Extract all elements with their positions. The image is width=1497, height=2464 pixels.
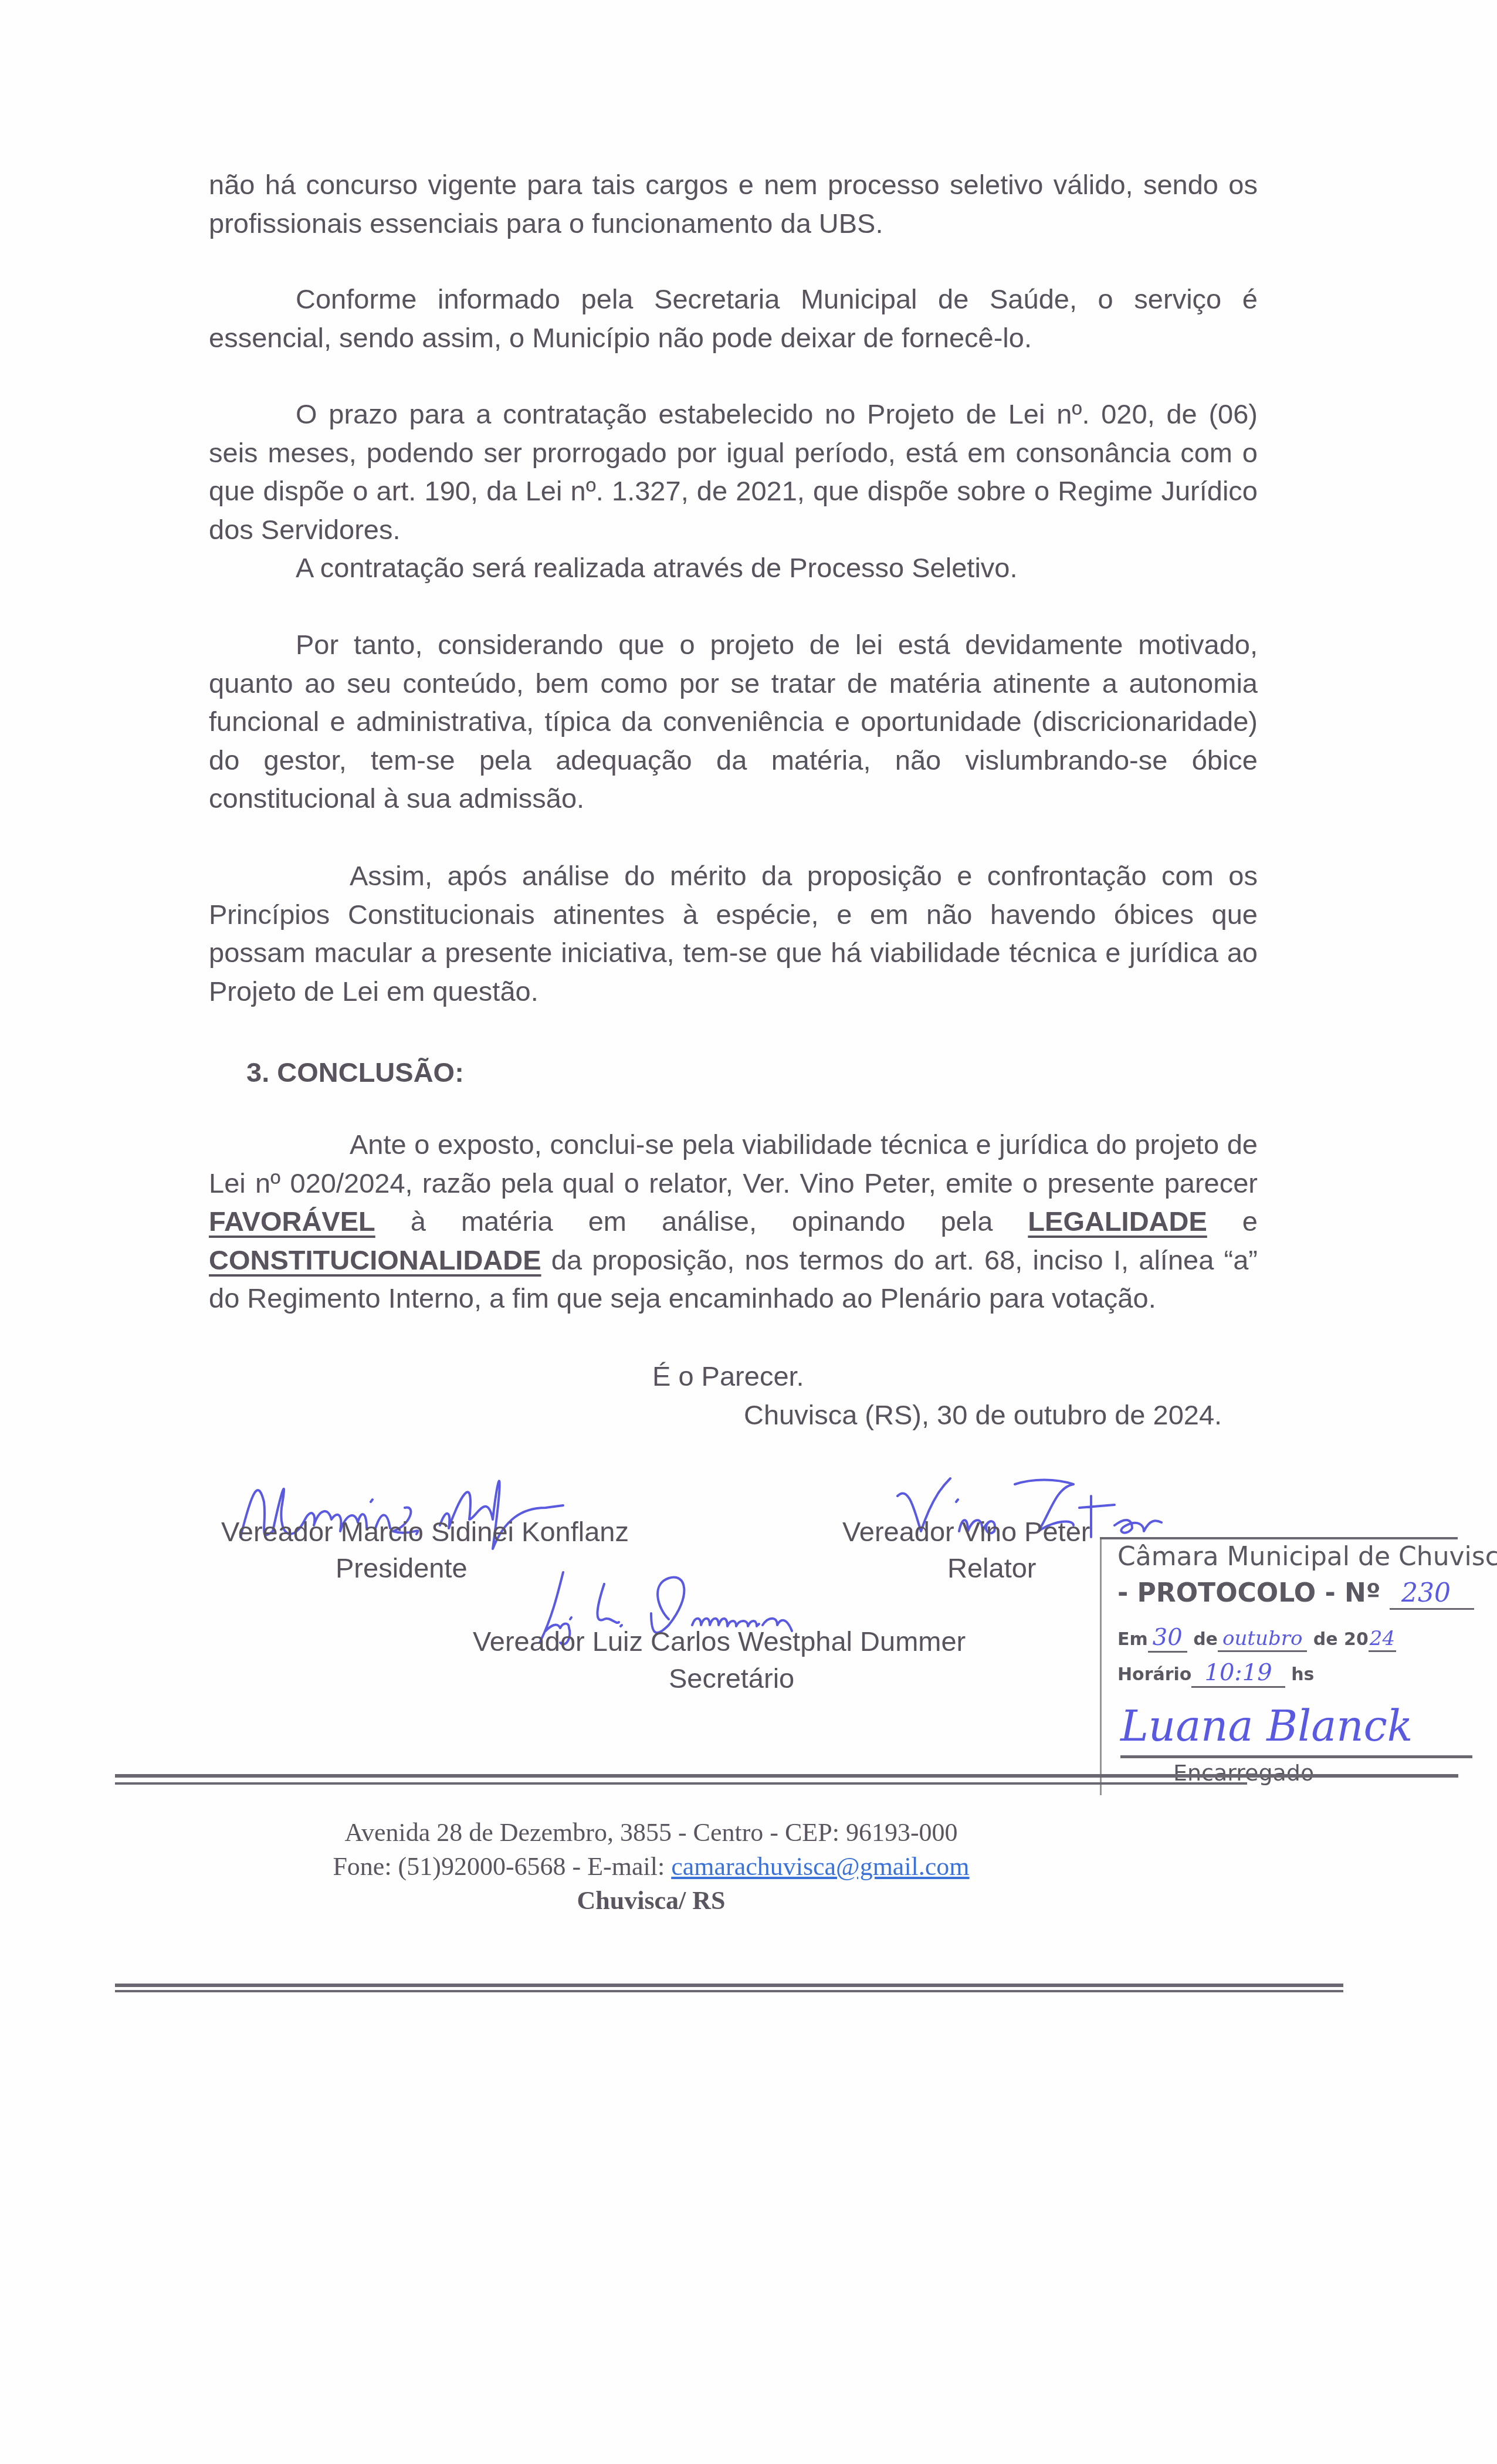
protocol-number: 230 xyxy=(1390,1578,1474,1610)
stamp-signature-line xyxy=(1120,1755,1472,1758)
footer-bottom-rule xyxy=(115,1984,1343,1987)
closing-text: É o Parecer. xyxy=(652,1360,804,1392)
stamp-left-border xyxy=(1100,1537,1102,1795)
signatory-name-relator: Vereador Vino Peter xyxy=(842,1515,1090,1548)
footer-top-rule-secondary xyxy=(115,1782,1247,1785)
stamp-month: outubro xyxy=(1218,1627,1307,1652)
paragraph-text: Por tanto, considerando que o projeto de… xyxy=(209,625,1258,818)
constitucionalidade-emphasis: CONSTITUCIONALIDADE xyxy=(209,1244,541,1275)
conclusion-text: Ante o exposto, conclui-se pela viabilid… xyxy=(209,1125,1258,1318)
protocol-stamp: Câmara Municipal de Chuvisca - PROTOCOLO… xyxy=(1085,1537,1472,1795)
paragraph-secretaria: Conforme informado pela Secretaria Munic… xyxy=(209,280,1258,357)
legalidade-emphasis: LEGALIDADE xyxy=(1028,1206,1207,1237)
signature-konflanz xyxy=(217,1455,774,1572)
email-link[interactable]: camarachuvisca@gmail.com xyxy=(671,1852,969,1881)
paragraph-prazo: O prazo para a contratação estabelecido … xyxy=(209,395,1258,587)
paragraph-text: A contratação será realizada através de … xyxy=(209,549,1258,587)
footer-bottom-rule-secondary xyxy=(115,1990,1343,1992)
footer-contact: Fone: (51)92000-6568 - E-mail: camarachu… xyxy=(0,1852,1302,1881)
favoravel-emphasis: FAVORÁVEL xyxy=(209,1206,375,1237)
signatory-role-secretary: Secretário xyxy=(669,1662,794,1694)
stamp-year: 24 xyxy=(1369,1627,1396,1652)
stamp-protocol: - PROTOCOLO - Nº 230 xyxy=(1117,1578,1474,1608)
stamp-top-border xyxy=(1100,1537,1458,1539)
signatory-role-relator: Relator xyxy=(947,1552,1037,1584)
stamp-time-value: 10:19 xyxy=(1191,1659,1285,1688)
responsible-signature: Luana Blanck xyxy=(1120,1701,1413,1751)
paragraph-conclusao: Ante o exposto, conclui-se pela viabilid… xyxy=(209,1125,1258,1318)
signatory-name-president: Vereador Marcio Sidinei Konflanz xyxy=(221,1515,629,1548)
section-heading-conclusao: 3. CONCLUSÃO: xyxy=(246,1056,464,1088)
paragraph-ubs: não há concurso vigente para tais cargos… xyxy=(209,165,1258,242)
place-date: Chuvisca (RS), 30 de outubro de 2024. xyxy=(744,1399,1222,1431)
signatory-role-president: Presidente xyxy=(336,1552,468,1584)
paragraph-motivacao: Por tanto, considerando que o projeto de… xyxy=(209,625,1258,818)
signatory-name-secretary: Vereador Luiz Carlos Westphal Dummer xyxy=(473,1625,966,1657)
footer-address: Avenida 28 de Dezembro, 3855 - Centro - … xyxy=(0,1817,1302,1847)
stamp-time: Horário10:19 hs xyxy=(1117,1659,1314,1686)
paragraph-text: não há concurso vigente para tais cargos… xyxy=(209,165,1258,242)
footer-city: Chuvisca/ RS xyxy=(0,1886,1302,1915)
paragraph-text: O prazo para a contratação estabelecido … xyxy=(209,395,1258,549)
stamp-date: Em30 deoutubro de 2024 xyxy=(1117,1624,1396,1651)
paragraph-merito: Assim, após análise do mérito da proposi… xyxy=(209,857,1258,1010)
stamp-day: 30 xyxy=(1148,1624,1187,1653)
footer-top-rule xyxy=(115,1774,1458,1778)
stamp-title: Câmara Municipal de Chuvisca xyxy=(1117,1542,1497,1572)
paragraph-text: Assim, após análise do mérito da proposi… xyxy=(209,857,1258,1010)
document-page: não há concurso vigente para tais cargos… xyxy=(0,0,1497,2464)
paragraph-text: Conforme informado pela Secretaria Munic… xyxy=(209,280,1258,357)
